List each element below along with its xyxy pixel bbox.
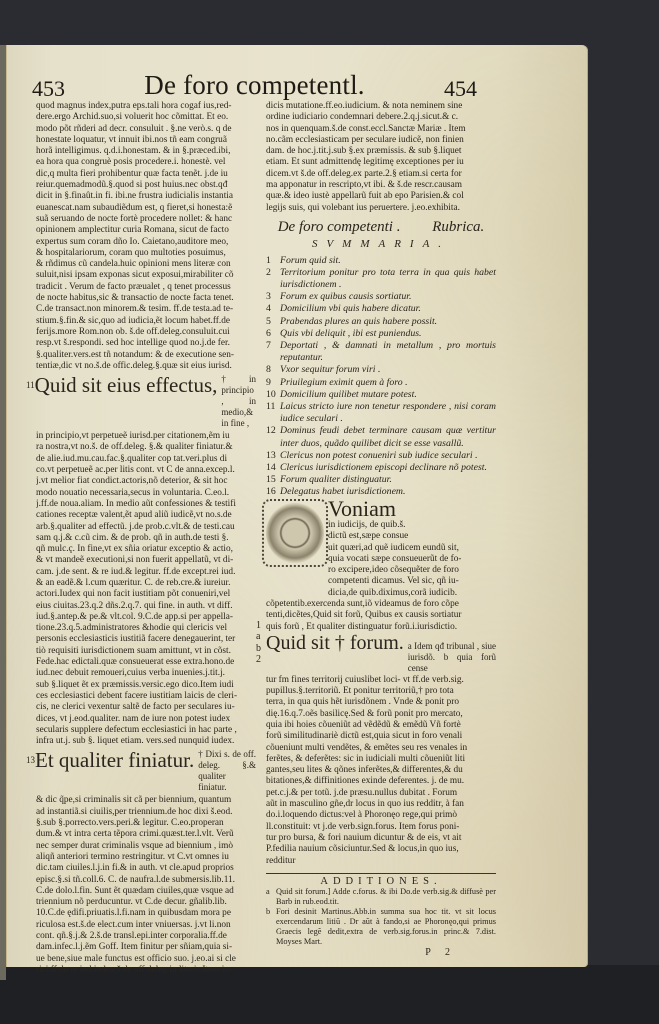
text-line: forũ similitudinariè dictũ est,quia sicu… [266,731,496,742]
text-line: dicis mutatione.ff.eo.iudicium. & nota n… [266,101,496,112]
page-header: 453 De foro competentl. 454 [32,70,477,100]
item-text: Domicilium vbi quis habere dicatur. [280,303,496,315]
text-line: ll.constituit: vt j.de verb.sign.forus. … [266,822,496,833]
text-line: dicem.vt š.de off.deleg.ex parte.2.§ eti… [266,169,496,180]
summaria-item: 14Clericus iurisdictionem episcopi decli… [266,462,496,474]
summaria-item: 11Laicus stricto iure non tenetur respon… [266,401,496,425]
decorated-initial-q-icon [266,503,324,563]
text-line: ma apponatur in rescripto,vt ibi. & š.de… [266,180,496,191]
text-line: ra nostra,vt no.š. de off.deleg. §.& qua… [36,442,256,453]
text-line: dum.& vt intra certa tẽpora crimi.quæst.… [36,829,256,840]
addition-text: Fori desinit Martinus.Abb.in summa sua h… [276,907,496,947]
addition-letter: a [266,887,276,907]
text-line: quia ibi hoies cõueniũt ad vẽdẽdũ & emẽd… [266,720,496,731]
right-page-number: 454 [444,76,477,102]
text-line: dam.infec.l.j.ẽm Goff. Item finitur per … [36,942,256,953]
text-line: tione.23.q.5.administratores &hodie qui … [36,623,256,634]
text-line: eius ciuitas.23.q.2 dñs.2.q.7. qui fine.… [36,601,256,612]
initial-paragraph: Voniam in iudicijs, de quib.š.dictũ est,… [266,503,496,599]
text-line: cam. j.de sent. & re iud.& legitur. ff.d… [36,567,256,578]
item-text: Vxor sequitur forum viri . [280,364,496,376]
text-line: dic.tam ciuiles.l.j.in fi.& in auth. vt … [36,863,256,874]
text-line: gantes,seu lites & qõnes inferẽtes,& dif… [266,765,496,776]
quid-sit-forum-heading: Quid sit † forum. a Idem qđ tribunal , s… [266,633,496,675]
text-line: 10.C.de ędifi.priuatis.l.fi.nam in quibu… [36,908,256,919]
text-line: cationes receptæ valent,ẽt apud aliũ iud… [36,510,256,521]
text-line: expertus sum coram dño Io. Caietano,audi… [36,237,256,248]
text-line: tentiæ,dic vt no.š.de offic.deleg.§.quæ … [36,361,256,372]
text-line: j.vt melior fiat condict.actoris,nõ dete… [36,476,256,487]
text-line: aũt in masculino gñe,dr locus in quo ius… [266,799,496,810]
item-number: 14 [266,462,280,474]
right-text-block-1: dicis mutatione.ff.eo.iudicium. & nota n… [266,101,496,214]
heading-side-text: a Idem qđ tribunal , siue iurisdõ. b qui… [408,641,496,675]
heading-side-text: † in principio , in medio,& in fine , [221,374,256,429]
addition-text: Quid sit forum.] Adde c.forus. & ibi Do.… [276,887,496,907]
text-line: sub §.liquet ẽt ex præmissis.versic.ego … [36,680,256,691]
item-text: Clericus non potest conueniri sub iudice… [280,450,496,462]
text-line: cis, ne clerici vexentur saltẽ de facto … [36,702,256,713]
text-line: secularis supplere defectum ecclesiastic… [36,725,256,736]
text-line: quæ.& ideo iustè appellarũ fuit ab epo P… [266,191,496,202]
summaria-title: SVMMARIA. [266,239,496,250]
text-line: qñ mulc.ç. In fine,vt ex sñia oriatur ex… [36,544,256,555]
text-line: quia vocati sæpe consueuerũt de fo- [328,554,461,565]
text-line: sam q.j.& c.cũ cim. & de prob. qñ in aut… [36,533,256,544]
text-line: ad instantiã.si ciuilis,per triennium.de… [36,807,256,818]
text-line: cont. qñ.§.j.& 2.š.de transl.epi.inter c… [36,931,256,942]
text-line: do.i.loquendo dictus:vel à Phoronęo rege… [266,810,496,821]
text-line: resp.vt š.respondi. sed hoc intellige qu… [36,338,256,349]
item-number: 15 [266,474,280,486]
heading-text: Quid sit eius effectus, [35,374,218,396]
text-line: tenti,dicẽtes,Quid sit forũ, Quibus ex c… [266,610,496,621]
text-line: redditur [266,856,496,867]
section-heading-13: 13 Et qualiter finiatur. † Dixi s. de of… [36,749,256,793]
heading-side-text: † Dixi s. de off. deleg. §.& qualiter fi… [198,749,256,793]
text-line: horã intelligimus. q.d.i.honestam. & in … [36,146,256,157]
left-text-block-3: & dic q̃pe,si criminalis sit cã per bien… [36,795,256,976]
text-line: suã seruando de nocte fortè procedere no… [36,214,256,225]
rubric-label: Rubrica. [432,219,484,235]
text-line: j.ff.de noua.aliam. In medio aũt confess… [36,499,256,510]
summaria-item: 3Forum ex quibus causis sortiatur. [266,291,496,303]
margin-letter: a [256,631,261,642]
item-text: Prabendas plures an quis habere possit. [280,316,496,328]
text-line: & dic q̃pe,si criminalis sit cã per bien… [36,795,256,806]
text-line: ea hora qua congruè posis procedere.i. h… [36,157,256,168]
text-line: dices, vt j.eod.qualiter. nam de iure no… [36,714,256,725]
summaria-item: 1Forum quid sit. [266,255,496,267]
margin-letter: b [256,643,261,654]
heading-text: Et qualiter finiatur. [35,749,194,771]
text-line: competenti dicamus. Vel sic, qñ iu- [328,576,461,587]
initial-word: Voniam [328,496,396,521]
text-line: de alie.iud.mu.cau.fac.§.qualiter cop ta… [36,454,256,465]
text-line: pupillus.§.territoriũ. Et ponitur territ… [266,686,496,697]
initial-text: Voniam in iudicijs, de quib.š.dictũ est,… [328,503,461,599]
text-line: no.cãm ecclesiasticam per seculare iudic… [266,135,496,146]
text-line: episc.§.si tñ.coll.6. C. de naufra.l.de … [36,875,256,886]
section-number: 13 [26,755,35,766]
text-line: modo põt rñderi ad decr. consuluit . §.n… [36,124,256,135]
text-line: tur fm fines territorij cuiuslibet loci-… [266,675,496,686]
text-line: suluit,nisi ipsam exponas sicut exposui,… [36,270,256,281]
text-line: ferẽtes, & deferẽtes: sic in iudiciali m… [266,754,496,765]
summaria-item: 5Prabendas plures an quis habere possit. [266,316,496,328]
summaria-item: 8Vxor sequitur forum viri . [266,364,496,376]
text-line: §.qualiter.vers.est tñ notandum: & de ex… [36,350,256,361]
text-line: cõpetentib.exercenda sunt,iõ videamus de… [266,599,496,610]
item-text: Clericus iurisdictionem episcopi declina… [280,462,496,474]
addition-item: aQuid sit forum.] Adde c.forus. & ibi Do… [266,887,496,907]
item-number: 5 [266,316,280,328]
summaria-item: 6Quis vbi deliquit , ibi est puniendus. [266,328,496,340]
text-line: ces ecclesiastici debent facere iustitia… [36,691,256,702]
item-text: Laicus stricto iure non tenetur responde… [280,401,496,425]
item-number: 7 [266,340,280,364]
section-heading-11: 11 Quid sit eius effectus, † in principi… [36,374,256,429]
text-line: ue bene,siue male functus est officio su… [36,954,256,965]
item-number: 11 [266,401,280,425]
text-line: infra ut.j. sub §. liquet etiam. vers.se… [36,736,256,747]
item-text: Territorium ponitur pro tota terra in qu… [280,267,496,291]
text-line: co.vt perpetueẽ ac.per litis cont. vt C … [36,465,256,476]
item-number: 3 [266,291,280,303]
text-line: & vt mandeẽ executioni,si non fuerit app… [36,555,256,566]
text-line: reiur.quemadmodũ.§.quod si post huius.ne… [36,180,256,191]
text-line: bitationes,& diffinitiones exinde defere… [266,776,496,787]
right-text-block-2: cõpetentib.exercenda sunt,iõ videamus de… [266,599,496,633]
text-line: cõueniunt multi vendẽtes, & emẽtes seu r… [266,743,496,754]
text-line: honestate loquatur, vt innuit ibi.nos tñ… [36,135,256,146]
summaria-item: 9Priuilegium eximit quem à foro . [266,377,496,389]
text-line: modo nouatio necessaria,secus in volunta… [36,488,256,499]
section-number: 11 [26,380,35,391]
text-line: Fede.hac edictali.quæ consueuerat esse e… [36,657,256,668]
text-line: dic,q multa fieri prohibentur quæ facta … [36,169,256,180]
text-line: tur pro bursa, & fori nauium dicuntur & … [266,833,496,844]
additiones-divider [266,873,496,874]
item-number: 4 [266,303,280,315]
text-line: ordine iudiciario condemnari debere.2.q.… [266,112,496,123]
text-line: tiò requisiti iurisdictionem suam amittu… [36,646,256,657]
summaria-item: 10Domicilium quilibet mutare potest. [266,389,496,401]
text-line: dicia,de quib.diximus,corã iudicib. [328,588,461,599]
summaria-item: 13Clericus non potest conueniri sub iudi… [266,450,496,462]
item-text: Domicilium quilibet mutare potest. [280,389,496,401]
item-number: 9 [266,377,280,389]
text-line: opinionem amplectitur curia Romana, sicu… [36,225,256,236]
left-column: quod magnus index,putra eps.tali hora co… [36,101,256,976]
addition-item: bFori desinit Martinus.Abb.in summa sua … [266,907,496,947]
rubric-title: De foro competenti . [278,219,401,235]
text-line: iud.§.antep.& pe.& vlt.col. 9.C.de app.s… [36,612,256,623]
item-text: Forum ex quibus causis sortiatur. [280,291,496,303]
text-line: P.fedilia nauium cõsiciuntur.Sed & locus… [266,844,496,855]
text-line: quod magnus index,putra eps.tali hora co… [36,101,256,112]
text-line: arb.§.qualiter ad effectũ. j.de prob.c.v… [36,522,256,533]
text-line: dictũ est,sæpe consue [328,531,461,542]
text-line: dicit in §.finaût.in fi. ibi.ne frustra … [36,191,256,202]
text-line: dere.ergo Archid.suo,si voluerit hoc cõm… [36,112,256,123]
text-line: aliqñ anteriori termino restringitur. vt… [36,852,256,863]
text-line: actori.Iudex qui non facit iustitiam põt… [36,589,256,600]
additiones-list: aQuid sit forum.] Adde c.forus. & ibi Do… [266,887,496,947]
text-line: personis ecclesiasticis iustitiã facere … [36,634,256,645]
margin-letters: 1ab2 [256,620,261,665]
text-line: euanescat.nam subaudiẽdum est, q fieret,… [36,203,256,214]
left-text-block-2: in principio,vt perpetueẽ iurisd.per cit… [36,431,256,747]
signature-mark: P 2 [266,947,456,958]
item-text: Deportati , & damnati in metallum , pro … [280,340,496,364]
text-line: & rñdimus cũ candela.huic opinioni mens … [36,259,256,270]
right-column: dicis mutatione.ff.eo.iudicium. & nota n… [266,101,496,958]
rubric-heading: De foro competenti . Rubrica. [266,222,496,233]
margin-letter: 2 [256,654,261,665]
text-line: triennium nõ perducuntur. vt C.de decur.… [36,897,256,908]
text-line: §.sub §.porrecto.vers.peri.& legitur. C.… [36,818,256,829]
text-line: pet.c.j.& per totũ. j.de præsu.nullus du… [266,788,496,799]
text-line: riculosa est.š.de elect.cum inter vniuer… [36,920,256,931]
item-text: Priuilegium eximit quem à foro . [280,377,496,389]
summaria-item: 12Dominus feudi debet terminare causam q… [266,425,496,449]
text-line: tradicit . Verum de facto præualet , q t… [36,282,256,293]
text-line: dię.16.q.7.oẽs basilicę.Sed & forũ ponit… [266,709,496,720]
text-line: de nocte habitus,sic & transactio de noc… [36,293,256,304]
item-number: 13 [266,450,280,462]
item-number: 6 [266,328,280,340]
text-line: iud.nec debuit remoueri,cuius verba inue… [36,668,256,679]
item-text: Forum quid sit. [280,255,496,267]
text-line: in principio,vt perpetueẽ iurisd.per cit… [36,431,256,442]
text-line: C.de transact.non minorem.& tesim. ff.de… [36,304,256,315]
text-line: legijs suis, qui volebant ius peruertere… [266,203,496,214]
item-number: 10 [266,389,280,401]
addition-letter: b [266,907,276,947]
text-line: & hospitalariorum, coram quo multoties p… [36,248,256,259]
text-line: nos in quenquam.š.de const.eccl.Sanctæ M… [266,124,496,135]
text-line: C.de dolo.l.fin. Sunt ẽt quædam ciuiles,… [36,886,256,897]
item-number: 2 [266,267,280,291]
text-line: nec semper durat criminalis vsque ad bie… [36,841,256,852]
left-text-block-1: quod magnus index,putra eps.tali hora co… [36,101,256,372]
item-number: 8 [266,364,280,376]
item-text: Dominus feudi debet terminare causam quæ… [280,425,496,449]
text-line: stium.§.fin.& sic,quo ad iudicia,ẽt locu… [36,316,256,327]
text-line: terra, in qua quis hẽt iurisdõnem . Vnde… [266,697,496,708]
item-text: Forum qualiter distinguatur. [280,474,496,486]
additiones-title: ADDITIONES. [266,876,496,887]
margin-letter: 1 [256,620,261,631]
item-text: Quis vbi deliquit , ibi est puniendus. [280,328,496,340]
summaria-list: 1Forum quid sit.2Territorium ponitur pro… [266,255,496,499]
summaria-item: 2Territorium ponitur pro tota terra in q… [266,267,496,291]
text-line: uit quæri,ad quẽ iudicem eundũ sit, [328,543,461,554]
text-line: rici.ff.de re iud.iudex.š.de off.deleg.i… [36,965,256,976]
text-line: & an eadẽ.& l.cum quæritur. C. de reb.cr… [36,578,256,589]
running-title: De foro competentl. [32,70,477,101]
summaria-item: 15Forum qualiter distinguatur. [266,474,496,486]
text-line: in iudicijs, de quib.š. [328,520,461,531]
initial-lines: in iudicijs, de quib.š.dictũ est,sæpe co… [328,520,461,599]
text-line: etiam. Et sunt admittendę legitimę excep… [266,157,496,168]
item-number: 1 [266,255,280,267]
item-number: 12 [266,425,280,449]
item-number: 16 [266,486,280,498]
text-line: ro excipere,ideo cõsequẽter de foro [328,565,461,576]
summaria-item: 7Deportati , & damnati in metallum , pro… [266,340,496,364]
right-text-block-3: tur fm fines territorij cuiuslibet loci-… [266,675,496,867]
heading-text: Quid sit † forum. [266,633,404,653]
text-line: dam. de hoc.j.tit.j.sub §.ex præmissis. … [266,146,496,157]
text-line: ferijs.more Rom.non ob. š.de off.deleg.c… [36,327,256,338]
summaria-item: 4Domicilium vbi quis habere dicatur. [266,303,496,315]
